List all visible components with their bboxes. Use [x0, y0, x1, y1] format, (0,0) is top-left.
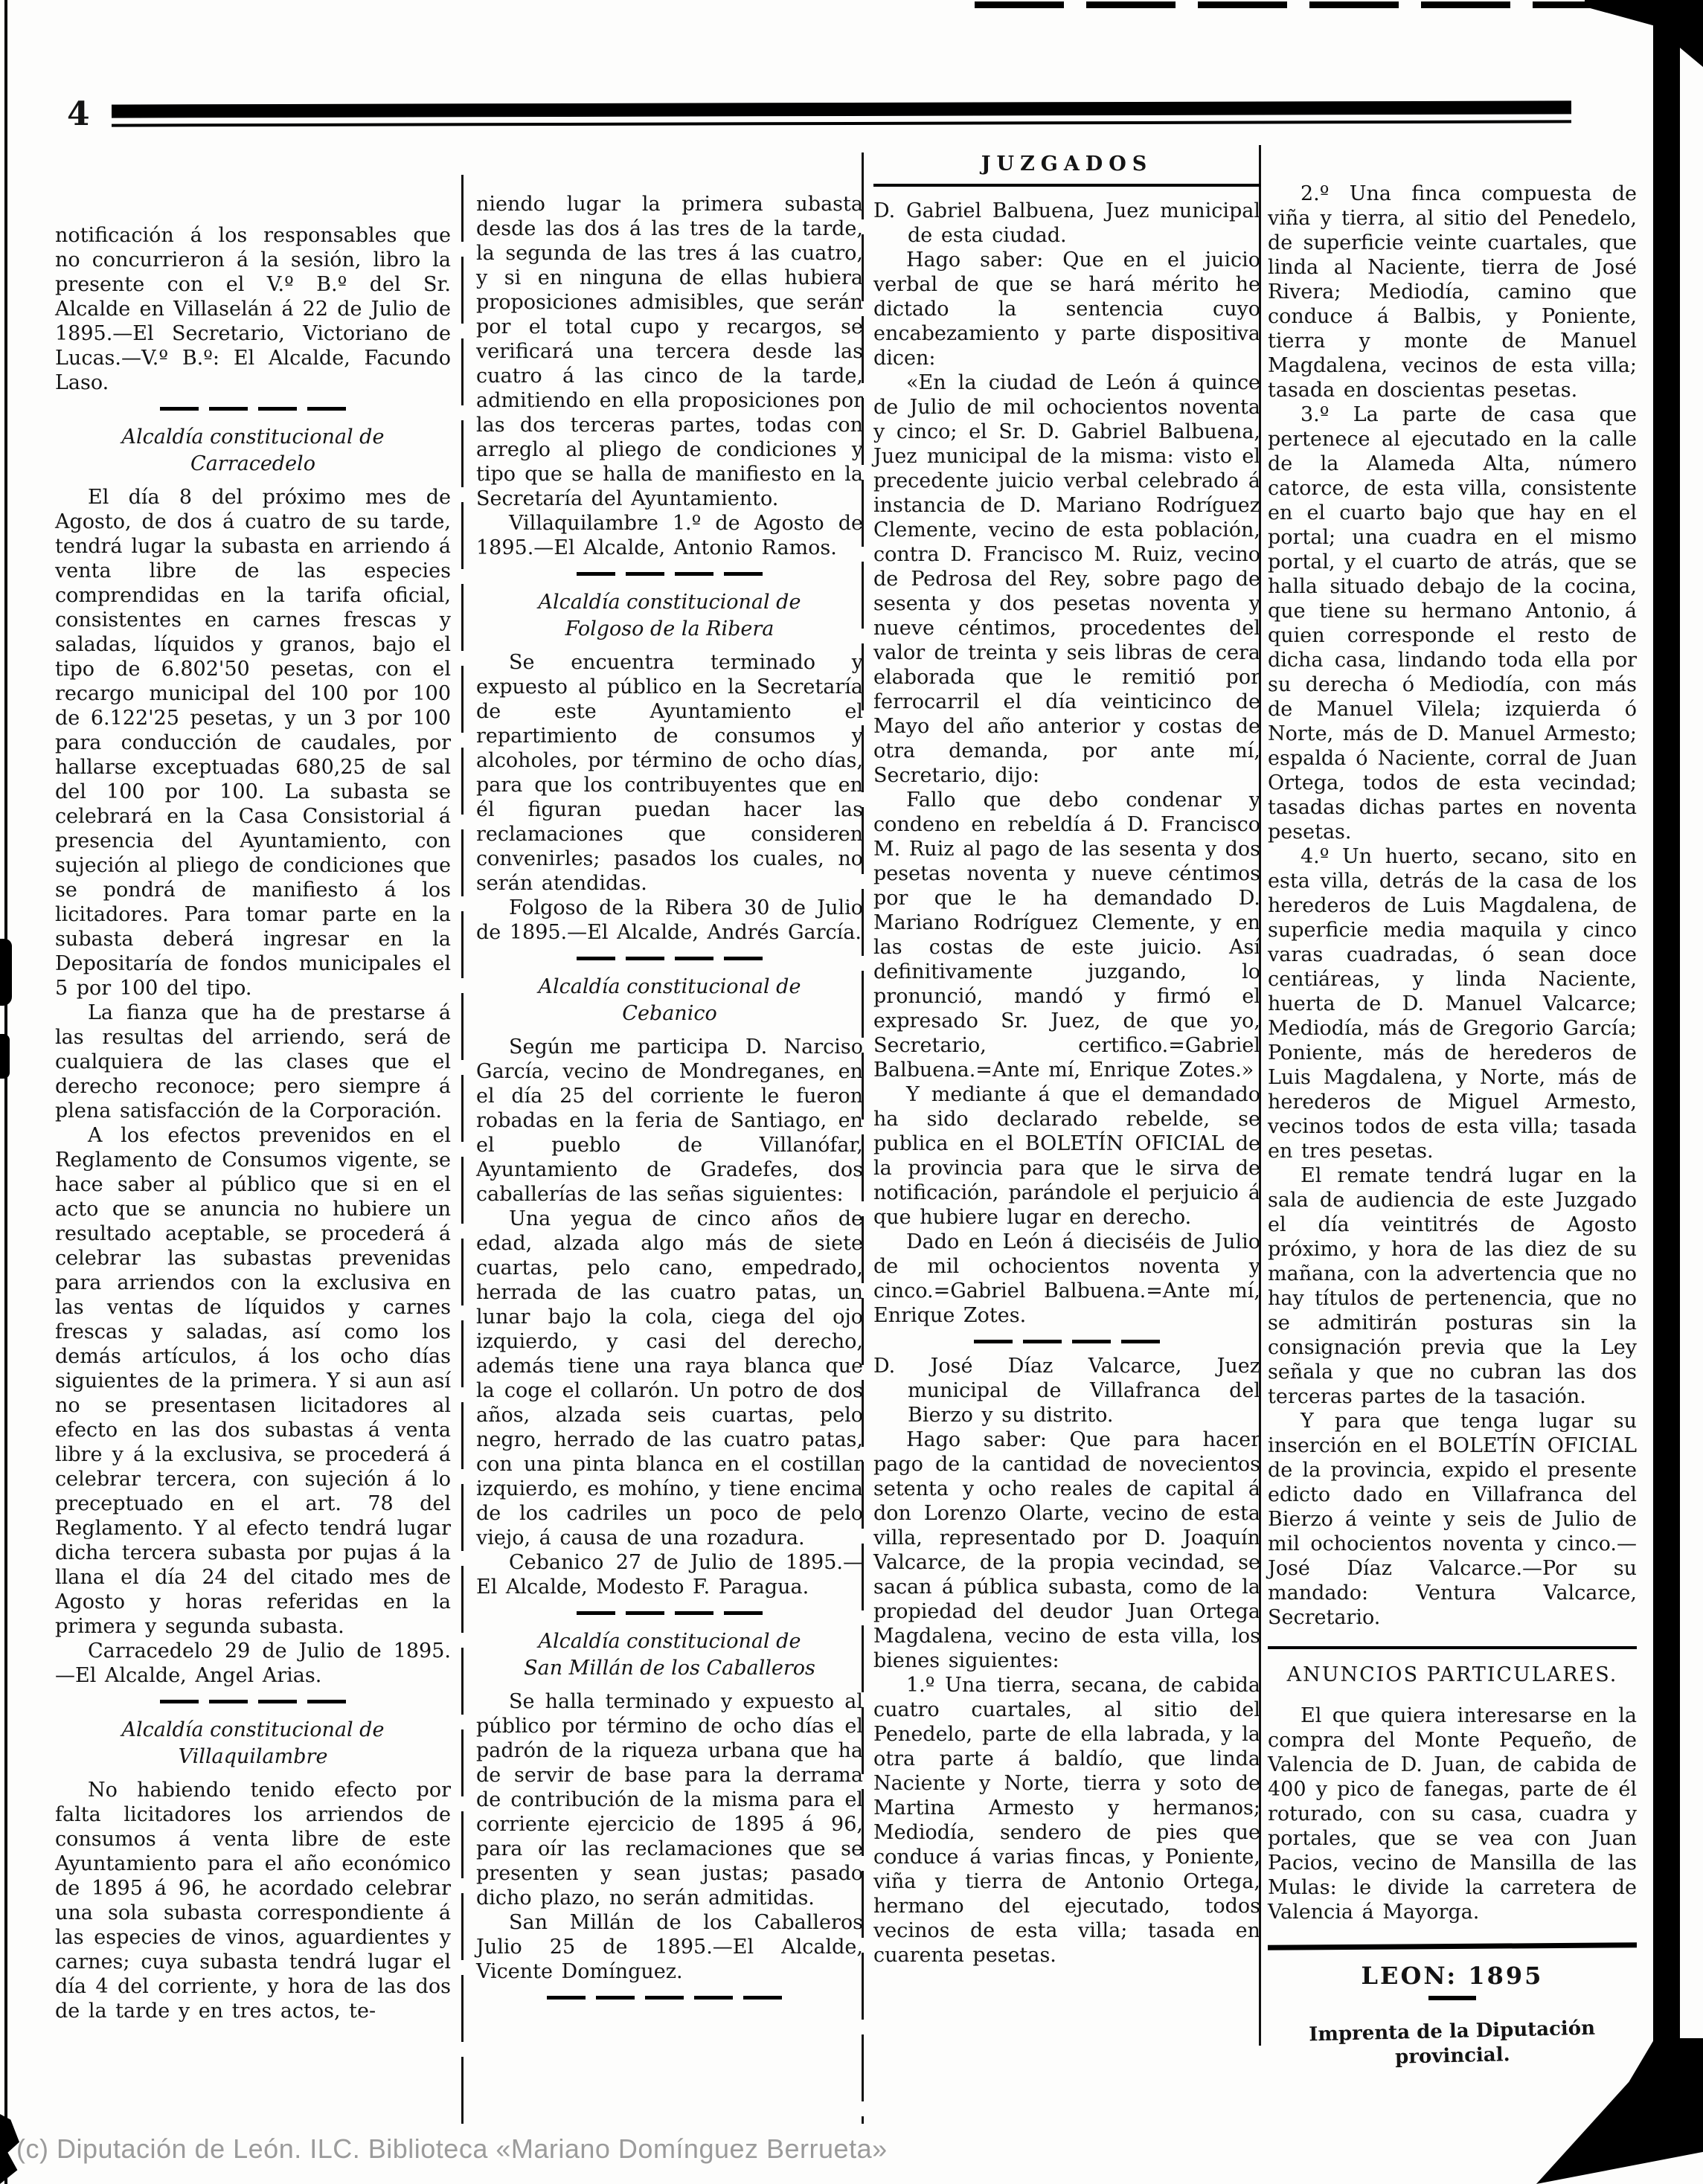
short-dash-rule: [1428, 1996, 1476, 2000]
paragraph: Según me participa D. Narciso García, ve…: [476, 1035, 863, 1207]
scan-edge-blot: [0, 939, 12, 1006]
text-column-3: JUZGADOSD. Gabriel Balbuena, Juez munici…: [873, 149, 1260, 1968]
header-rule: [112, 100, 1571, 118]
article-separator: [577, 1611, 763, 1615]
article-heading-line: San Millán de los Caballeros: [476, 1655, 863, 1682]
paragraph: El remate tendrá lugar en la sala de aud…: [1268, 1163, 1637, 1409]
text-column-1: notificación á los responsables que no c…: [55, 223, 451, 2023]
library-watermark: (c) Diputación de León. ILC. Biblioteca …: [16, 2133, 888, 2165]
paragraph: Folgoso de la Ribera 30 de Julio de 1895…: [476, 896, 863, 945]
paragraph: 4.º Un huerto, secano, sito en esta vill…: [1268, 844, 1637, 1163]
paragraph: Hago saber: Que para hacer pago de la ca…: [873, 1427, 1260, 1673]
binding-shadow-corner: [1585, 0, 1703, 67]
column-separator-1: [461, 175, 464, 2124]
paragraph: D. José Díaz Valcarce, Juez municipal de…: [873, 1354, 1260, 1427]
paragraph: A los efectos prevenidos en el Reglament…: [55, 1123, 451, 1639]
paragraph: La fianza que ha de prestarse á las resu…: [55, 1001, 451, 1123]
paragraph: San Millán de los Caballeros Julio 25 de…: [476, 1910, 863, 1984]
scan-edge-blot: [0, 1034, 10, 1079]
article-heading-line: Cebanico: [476, 1001, 863, 1027]
paragraph: Cebanico 27 de Julio de 1895.—El Alcalde…: [476, 1550, 863, 1599]
paragraph: D. Gabriel Balbuena, Juez municipal de e…: [873, 199, 1260, 248]
article-heading: Alcaldía constitucional deVillaquilambre: [55, 1717, 451, 1770]
newspaper-page: 4 notificación á los responsables que no…: [0, 0, 1703, 2184]
column-rule-heavy: [1268, 1942, 1637, 1950]
paragraph: Fallo que debo condenar y condeno en reb…: [873, 788, 1260, 1082]
column-rule: [1268, 1646, 1637, 1649]
paragraph: 1.º Una tierra, secana, de cabida cuatro…: [873, 1673, 1260, 1968]
article-separator: [577, 957, 763, 960]
paragraph: 3.º La parte de casa que pertenece al ej…: [1268, 402, 1637, 844]
article-heading-line: Alcaldía constitucional de: [55, 424, 451, 451]
article-heading-line: Folgoso de la Ribera: [476, 616, 863, 643]
paragraph: Hago saber: Que en el juicio verbal de q…: [873, 248, 1260, 370]
paragraph: notificación á los responsables que no c…: [55, 223, 451, 395]
anuncios-title: ANUNCIOS PARTICULARES.: [1268, 1663, 1637, 1687]
paragraph: Y para que tenga lugar su inserción en e…: [1268, 1409, 1637, 1630]
article-heading: Alcaldía constitucional deCarracedelo: [55, 424, 451, 478]
paragraph: El que quiera interesarse en la compra d…: [1268, 1703, 1637, 1924]
article-heading-line: Alcaldía constitucional de: [476, 589, 863, 616]
article-heading: Alcaldía constitucional deSan Millán de …: [476, 1628, 863, 1682]
paragraph: Una yegua de cinco años de edad, alzada …: [476, 1207, 863, 1550]
article-separator: [577, 572, 763, 576]
top-dashed-rule: [975, 1, 1652, 8]
paragraph: Y mediante á que el demandado ha sido de…: [873, 1082, 1260, 1230]
section-header: JUZGADOS: [873, 152, 1260, 187]
article-heading-line: Villaquilambre: [55, 1744, 451, 1770]
article-separator: [547, 1996, 792, 2000]
paragraph: Villaquilambre 1.º de Agosto de 1895.—El…: [476, 511, 863, 560]
paragraph: Dado en León á dieciséis de Julio de mil…: [873, 1230, 1260, 1328]
binding-shadow-bar: [1653, 0, 1680, 2053]
paragraph: El día 8 del próximo mes de Agosto, de d…: [55, 485, 451, 1001]
paragraph: «En la ciudad de León á quince de Julio …: [873, 370, 1260, 788]
article-heading-line: Alcaldía constitucional de: [476, 974, 863, 1001]
text-column-2: niendo lugar la primera subasta desde la…: [476, 192, 863, 2010]
article-heading: Alcaldía constitucional deCebanico: [476, 974, 863, 1027]
text-column-4: 2.º Una finca compuesta de viña y tierra…: [1268, 182, 1637, 2069]
article-heading: Alcaldía constitucional deFolgoso de la …: [476, 589, 863, 643]
article-separator: [974, 1340, 1160, 1343]
paragraph: Se halla terminado y expuesto al público…: [476, 1689, 863, 1910]
article-heading-line: Carracedelo: [55, 451, 451, 478]
paragraph: No habiendo tenido efecto por falta lici…: [55, 1778, 451, 2023]
imprenta-credit: Imprenta de la Diputación provincial.: [1267, 2015, 1637, 2072]
page-left-edge-line: [4, 0, 7, 2184]
section-rule: [873, 184, 1260, 187]
paragraph: Carracedelo 29 de Julio de 1895.—El Alca…: [55, 1639, 451, 1688]
article-separator: [160, 407, 346, 411]
header-rule-thin: [112, 120, 1571, 126]
paragraph: 2.º Una finca compuesta de viña y tierra…: [1268, 182, 1637, 402]
article-separator: [160, 1700, 346, 1703]
page-number: 4: [67, 95, 90, 133]
leon-imprint-title: LEON: 1895: [1268, 1964, 1637, 1988]
article-heading-line: Alcaldía constitucional de: [55, 1717, 451, 1744]
article-heading-line: Alcaldía constitucional de: [476, 1628, 863, 1655]
paragraph: niendo lugar la primera subasta desde la…: [476, 192, 863, 511]
paragraph: Se encuentra terminado y expuesto al púb…: [476, 650, 863, 896]
section-title: JUZGADOS: [873, 152, 1260, 176]
